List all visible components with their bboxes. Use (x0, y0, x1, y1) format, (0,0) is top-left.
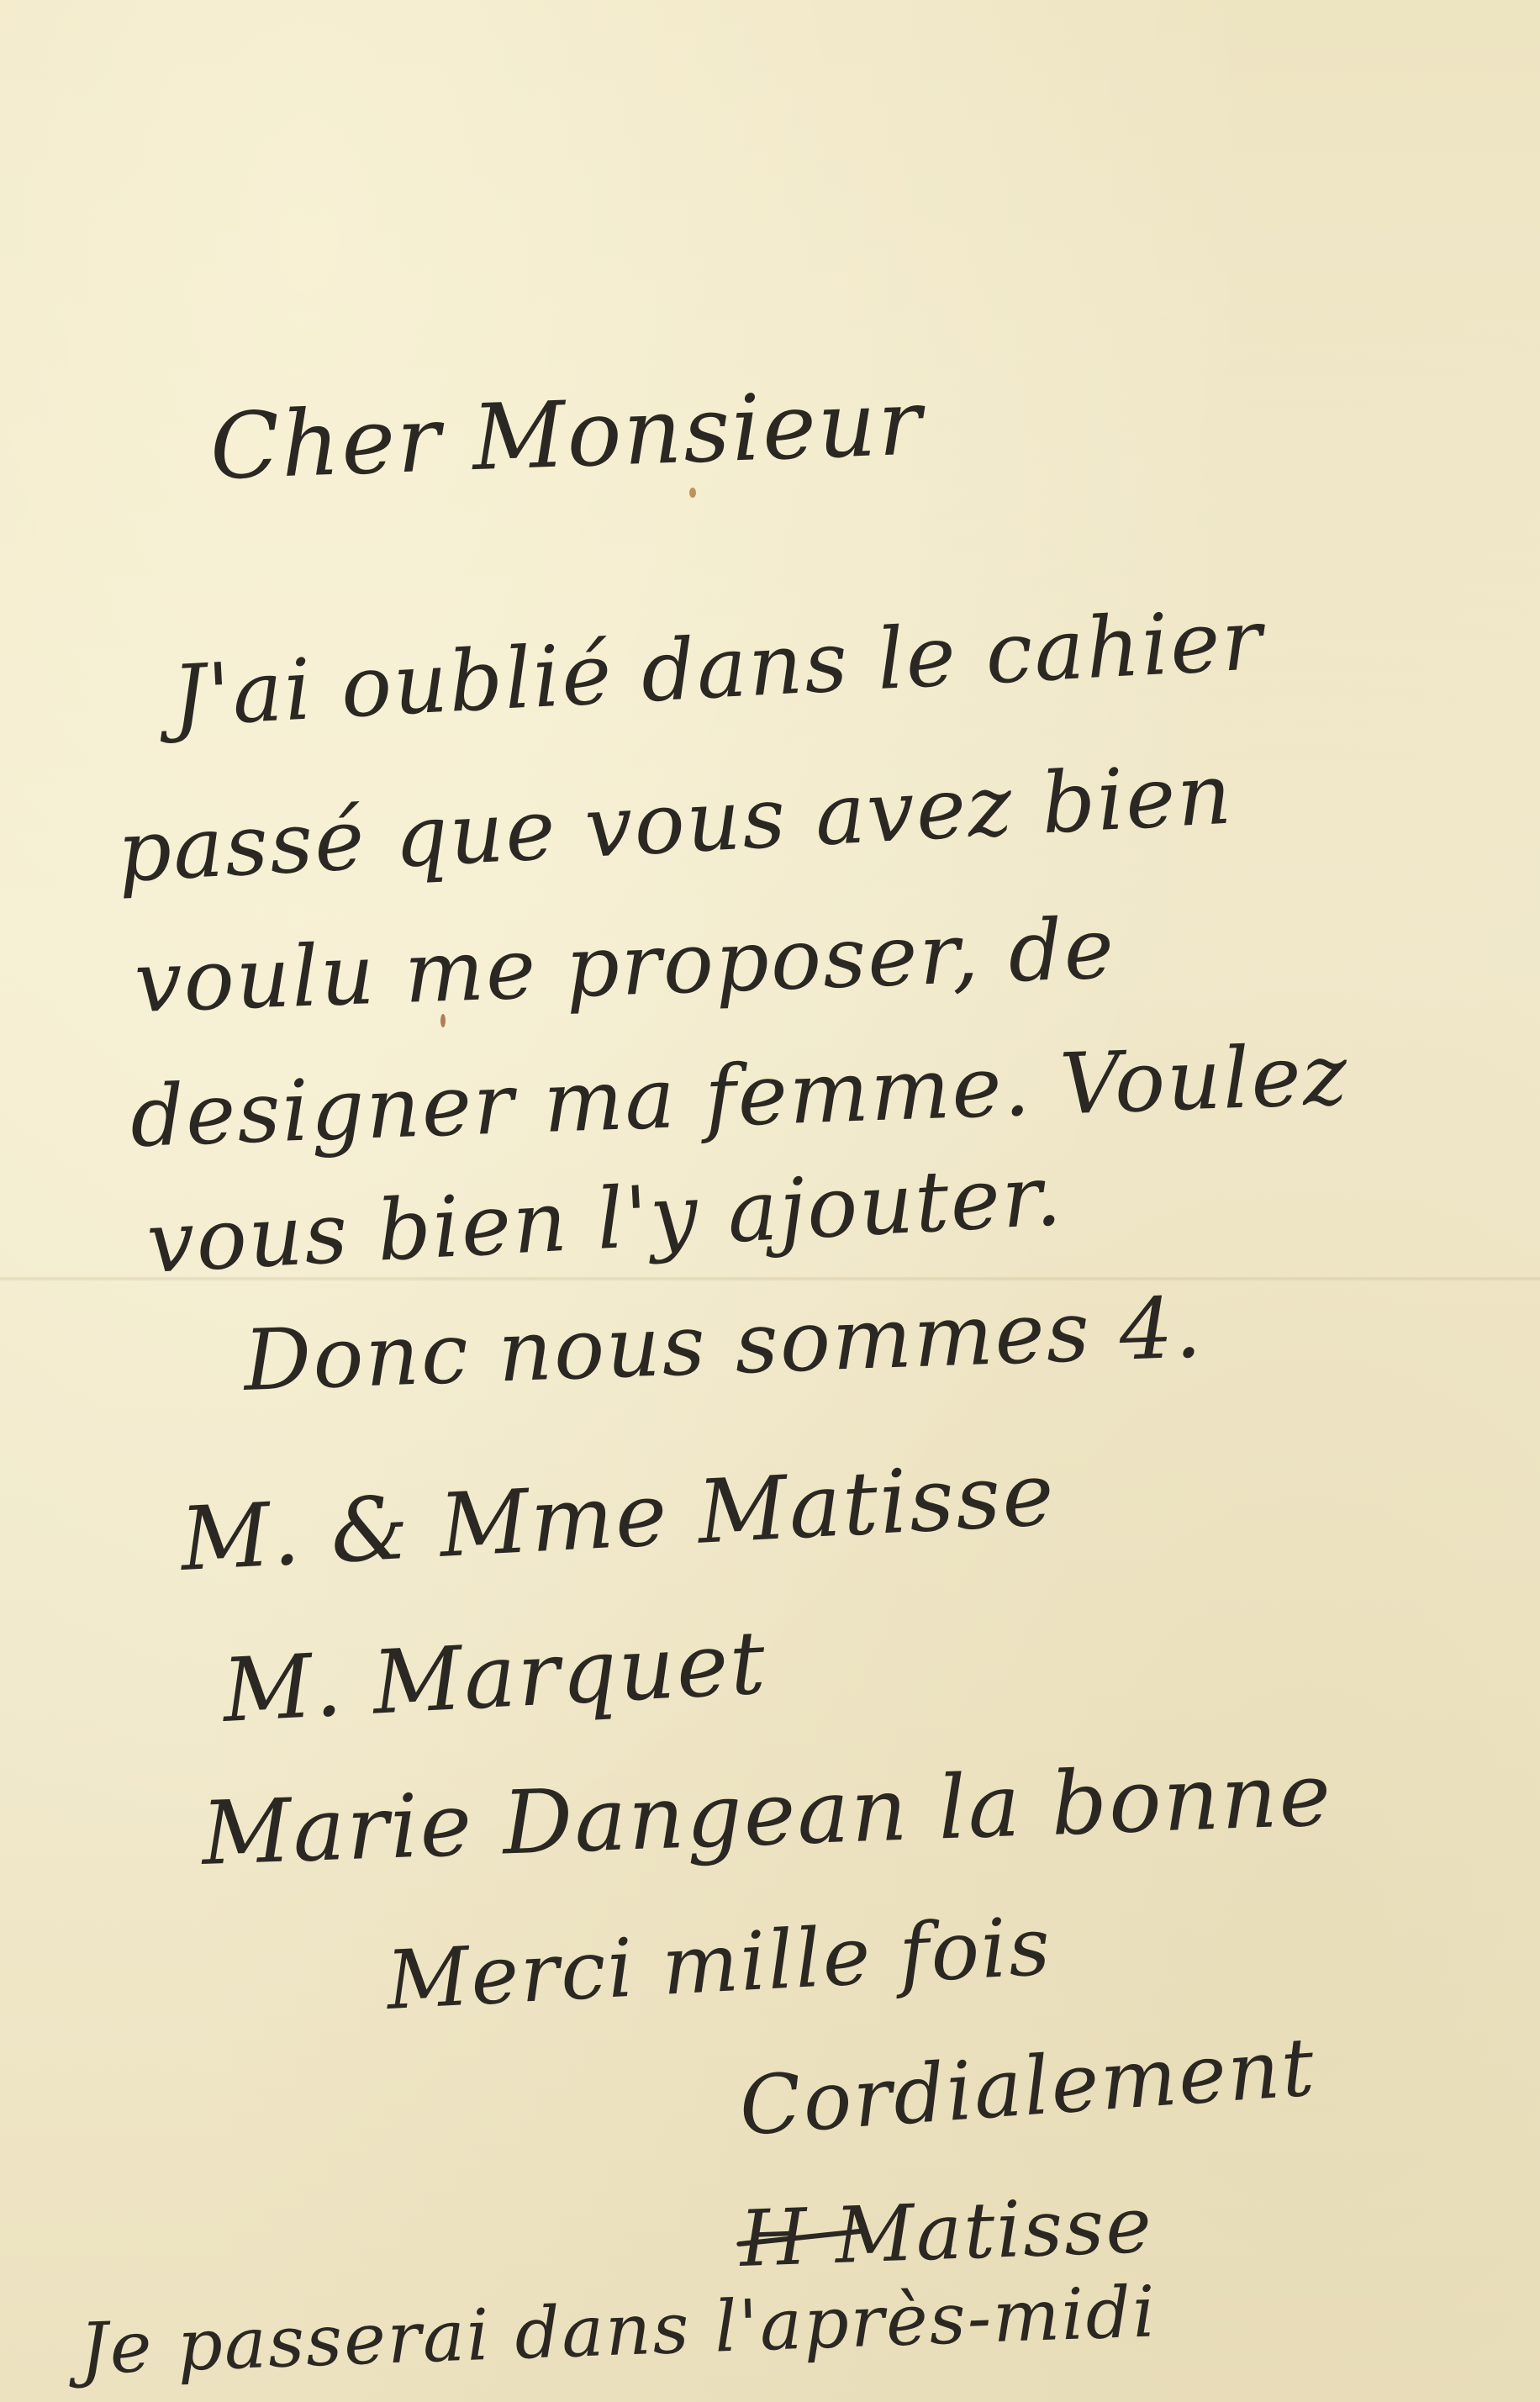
ink-spot (689, 488, 696, 498)
struck-initials: H (738, 2192, 810, 2284)
signature-name: Matisse (834, 2180, 1155, 2281)
letter-signature: H Matisse (738, 2180, 1154, 2284)
